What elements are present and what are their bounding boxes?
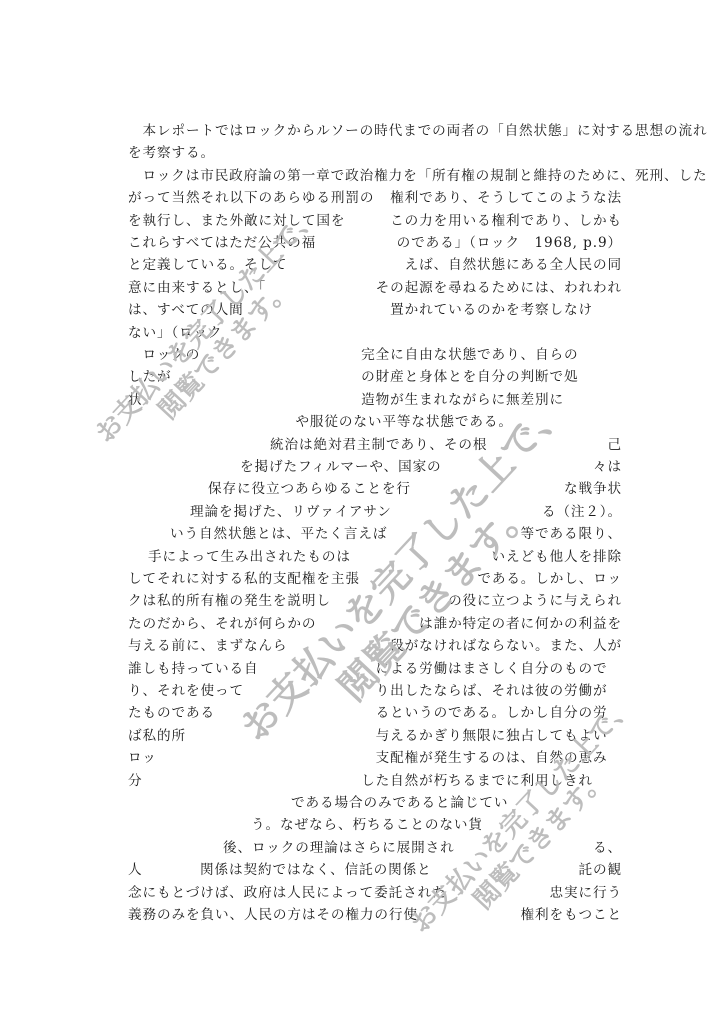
text-fragment-left: 誰しも持っている自 — [128, 658, 258, 680]
text-fragment-right: 々は — [593, 456, 622, 478]
text-fragment-right: この力を用いる権利であり、しかも — [390, 210, 622, 232]
text-line: 意に由来するとし、「その起源を尋ねるためには、われわれ — [128, 277, 622, 299]
text-fragment-center: 手によって生み出されたものは — [148, 546, 351, 568]
text-line: を考察する。 — [128, 142, 622, 164]
text-fragment-center: 理論を掲げた、リヴァイアサン — [190, 501, 392, 523]
text-fragment-left: たものである — [128, 702, 215, 724]
text-fragment-right: である。しかし、ロッ — [477, 568, 622, 590]
text-fragment-right: その起源を尋ねるためには、われわれ — [376, 277, 622, 299]
text-fragment-right: 託の観 — [579, 859, 622, 881]
text-fragment-left: 与える前に、まずなんら — [128, 635, 287, 657]
text-fragment-left: ば私的所 — [128, 725, 186, 747]
text-fragment-right: えば、自然状態にある全人民の同 — [405, 254, 622, 276]
document-page: 本レポートではロックからルソーの時代までの両者の「自然状態」に対する思想の流れを… — [0, 0, 724, 1024]
text-line: がって当然それ以下のあらゆる刑罰の権利であり、そうしてこのような法 — [128, 187, 622, 209]
text-fragment-center: う。なぜなら、朽ちることのない貨 — [251, 814, 483, 836]
text-line: ロックは市民政府論の第一章で政治権力を「所有権の規制と維持のために、死刑、した — [128, 165, 622, 187]
text-fragment-left: を考察する。 — [128, 142, 215, 164]
text-line: を執行し、また外敵に対して国をこの力を用いる権利であり、しかも — [128, 210, 622, 232]
text-fragment-right: による労働はまさしく自分のもので — [376, 658, 622, 680]
text-fragment-left: たのだから、それが何らかの — [128, 613, 316, 635]
text-fragment-right: の役に立つように与えられ — [448, 590, 622, 612]
text-fragment-right: のである」（ロック 1968, p.9） — [397, 232, 622, 254]
text-fragment-right: 置かれているのかを考察しなけ — [390, 299, 622, 321]
text-fragment-right: 権利をもつこと — [521, 904, 622, 926]
text-fragment-right: 権利であり、そうしてこのような法 — [390, 187, 622, 209]
text-fragment-right: るというのである。しかし自分の労 — [376, 702, 622, 724]
text-line: 本レポートではロックからルソーの時代までの両者の「自然状態」に対する思想の流れ — [128, 120, 622, 142]
text-fragment-left: がって当然それ以下のあらゆる刑罰の — [128, 187, 374, 209]
text-fragment-left: してそれに対する私的支配権を主張 — [128, 568, 360, 590]
text-fragment-right: 等である限り、 — [521, 523, 622, 545]
text-fragment-right: る、 — [593, 837, 622, 859]
text-line: たものであるるというのである。しかし自分の労 — [128, 702, 622, 724]
text-fragment-left: 念にもとづけば、政府は人民によって委託された — [128, 882, 447, 904]
text-fragment-left: 本レポートではロックからルソーの時代までの両者の「自然状態」に対する思想の流れ — [128, 120, 707, 142]
text-fragment-left: ロッ — [128, 747, 157, 769]
text-fragment-left: 人 — [128, 859, 143, 881]
text-fragment-left: り、それを使って — [128, 680, 244, 702]
text-fragment-left: 分 — [128, 770, 143, 792]
text-line: 念にもとづけば、政府は人民によって委託された忠実に行う — [128, 882, 622, 904]
text-fragment-center: 保存に役立つあらゆることを行 — [208, 478, 411, 500]
text-line: 義務のみを負い、人民の方はその権力の行使権利をもつこと — [128, 904, 622, 926]
text-fragment-left: クは私的所有権の発生を説明し — [128, 590, 331, 612]
text-line: ば私的所与えるかぎり無限に独占してもよい — [128, 725, 622, 747]
text-line: これらすべてはただ公共の福のである」（ロック 1968, p.9） — [128, 232, 622, 254]
text-fragment-right: り出したならば、それは彼の労働が — [376, 680, 622, 702]
text-fragment-center: 関係は契約ではなく、信託の関係と — [200, 859, 432, 881]
text-fragment-center: いう自然状態とは、平たく言えば — [170, 523, 387, 545]
text-fragment-center: を掲げたフィルマーや、国家の — [240, 456, 442, 478]
text-fragment-right: 完全に自由な状態であり、自らの — [361, 344, 622, 366]
text-fragment-left: ロックは市民政府論の第一章で政治権力を「所有権の規制と維持のために、死刑、した — [128, 165, 707, 187]
text-fragment-left: 義務のみを負い、人民の方はその権力の行使 — [128, 904, 418, 926]
text-fragment-center: 後、ロックの理論はさらに展開され — [223, 837, 455, 859]
text-fragment-center: 統治は絶対君主制であり、その根 — [270, 434, 487, 456]
text-fragment-center: である場合のみであると論じてい — [291, 792, 508, 814]
text-fragment-right: 忠実に行う — [550, 882, 622, 904]
text-line: と定義している。そしてえば、自然状態にある全人民の同 — [128, 254, 622, 276]
